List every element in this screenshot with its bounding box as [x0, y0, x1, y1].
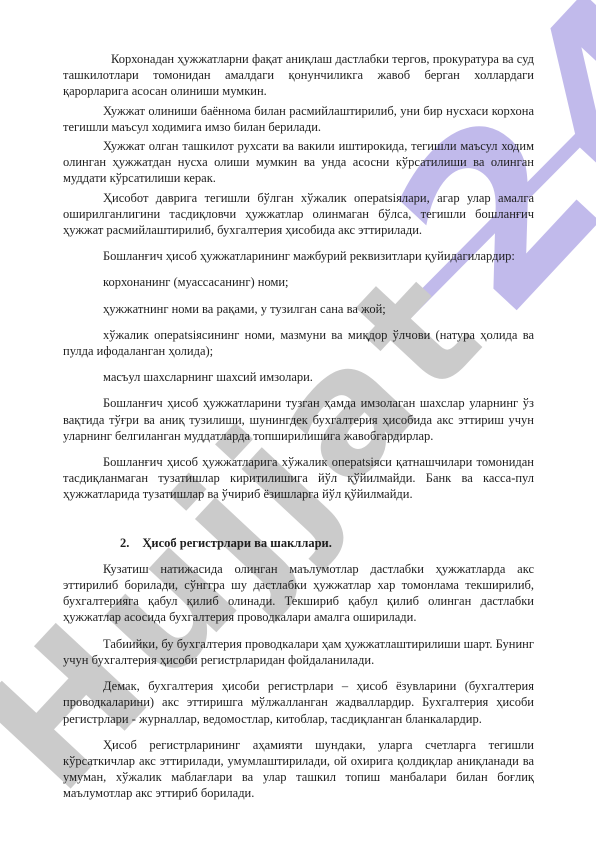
paragraph: Бошланғич ҳисоб ҳужжатларининг мажбурий …: [63, 248, 534, 264]
list-item: корхонанинг (муассасанинг) номи;: [63, 274, 534, 290]
document-page: Корхонадан ҳужжатларни фақат аниқлаш дас…: [0, 0, 596, 842]
list-item: ҳужжатнинг номи ва рақами, у тузилган са…: [63, 301, 534, 317]
list-item: хўжалик операtsiясининг номи, мазмуни ва…: [63, 327, 534, 359]
list-item: масъул шахсларнинг шахсий имзолари.: [63, 369, 534, 385]
paragraph: Хужжат олиниши баённома билан расмийлашт…: [63, 103, 534, 135]
section-heading: 2.Ҳисоб регистрлари ва шакллари.: [63, 535, 534, 551]
paragraph: Бошланғич ҳисоб ҳужжатларини тузган ҳамд…: [63, 395, 534, 444]
paragraph: Ҳисоб регистрларининг аҳамияти шундаки, …: [63, 737, 534, 802]
paragraph: Хужжат олган ташкилот рухсати ва вакили …: [63, 138, 534, 187]
paragraph: Бошланғич ҳисоб ҳужжатларига хўжалик опе…: [63, 454, 534, 503]
paragraph: Кузатиш натижасида олинган маълумотлар д…: [63, 561, 534, 626]
paragraph: Демак, бухгалтерия ҳисоби регистрлари – …: [63, 678, 534, 727]
document-body: Корхонадан ҳужжатларни фақат аниқлаш дас…: [63, 51, 534, 802]
section-title: Ҳисоб регистрлари ва шакллари.: [142, 536, 332, 550]
section-number: 2.: [120, 536, 142, 550]
paragraph: Корхонадан ҳужжатларни фақат аниқлаш дас…: [63, 51, 534, 100]
paragraph: Табиийки, бу бухгалтерия проводкалари ҳа…: [63, 636, 534, 668]
paragraph: Ҳисобот даврига тегишли бўлган хўжалик о…: [63, 190, 534, 239]
